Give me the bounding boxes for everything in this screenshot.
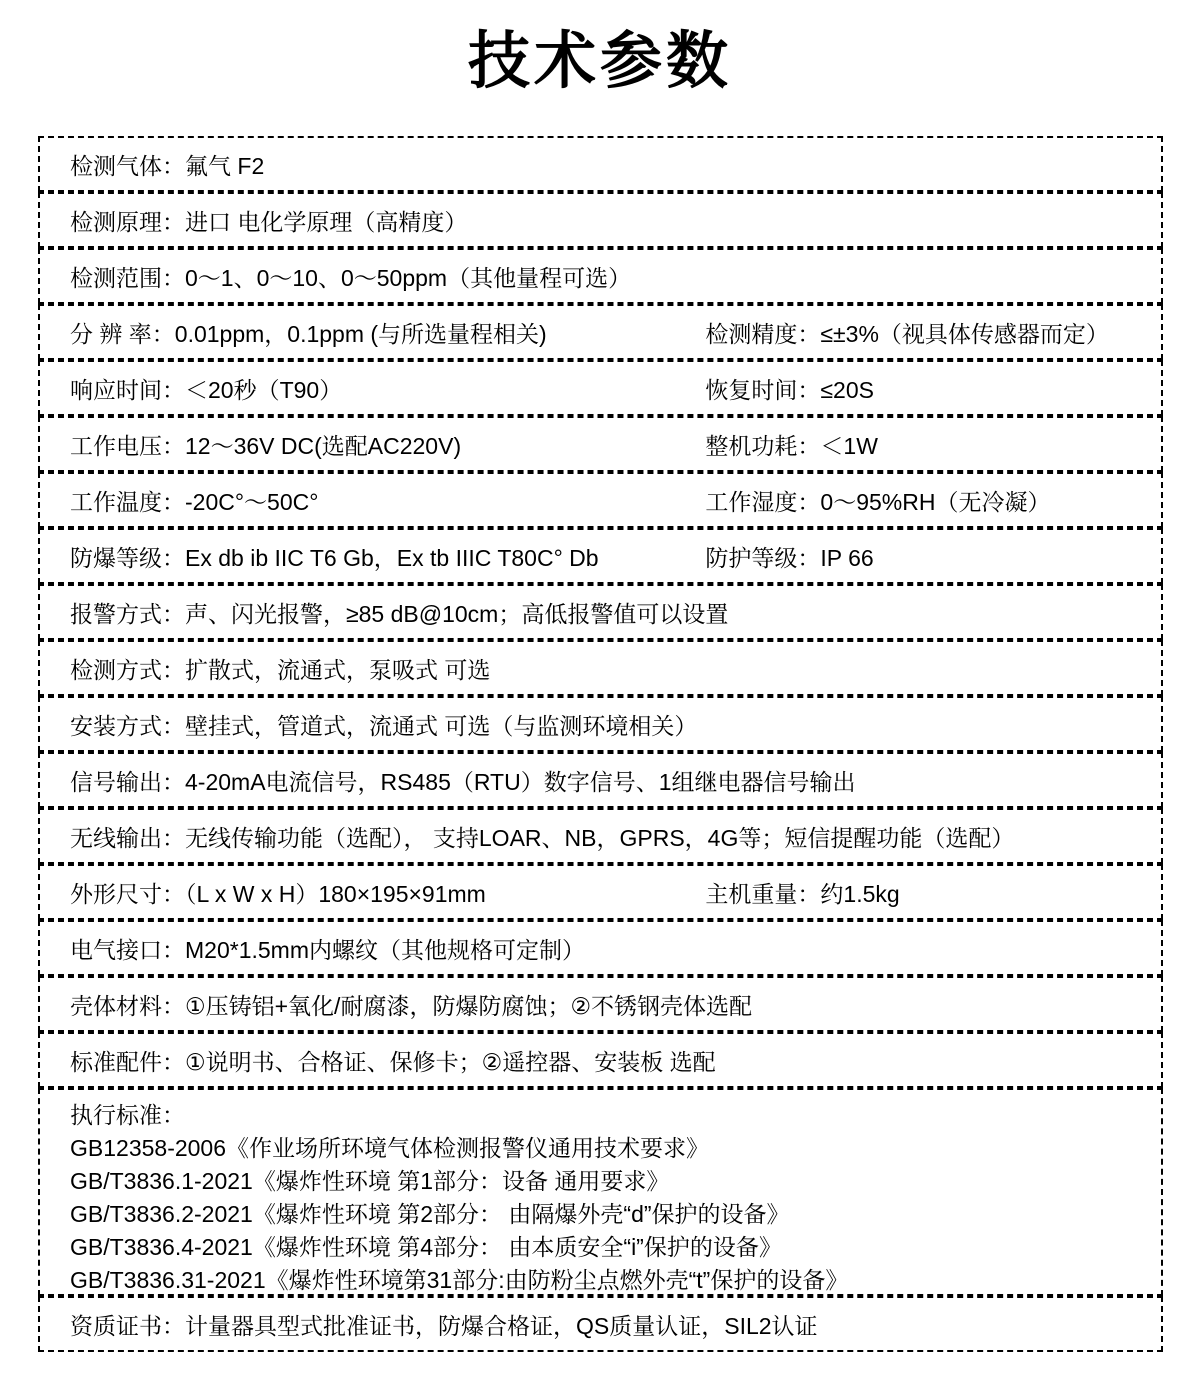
table-row: 外形尺寸：（L x W x H）180×195×91mm主机重量：约1.5kg: [38, 864, 1163, 920]
spec-cell-right: 工作湿度：0～95%RH（无冷凝）: [705, 484, 1147, 517]
spec-cell: 壳体材料：①压铸铝+氧化/耐腐漆，防爆防腐蚀；②不锈钢壳体选配: [70, 988, 1147, 1021]
spec-line: GB/T3836.31-2021《爆炸性环境第31部分:由防粉尘点燃外壳“t”保…: [70, 1264, 1147, 1296]
table-row: 检测范围：0～1、0～10、0～50ppm（其他量程可选）: [38, 248, 1163, 304]
spec-table: 检测气体：氟气 F2检测原理：进口 电化学原理（高精度）检测范围：0～1、0～1…: [38, 136, 1163, 1352]
spec-cell: 报警方式：声、闪光报警，≥85 dB@10cm；高低报警值可以设置: [70, 596, 1147, 629]
table-row: 壳体材料：①压铸铝+氧化/耐腐漆，防爆防腐蚀；②不锈钢壳体选配: [38, 976, 1163, 1032]
table-row: 工作温度：-20C°～50C°工作湿度：0～95%RH（无冷凝）: [38, 472, 1163, 528]
table-row: 标准配件：①说明书、合格证、保修卡；②遥控器、安装板 选配: [38, 1032, 1163, 1088]
table-row: 安装方式：壁挂式，管道式，流通式 可选（与监测环境相关）: [38, 696, 1163, 752]
table-row: 检测原理：进口 电化学原理（高精度）: [38, 192, 1163, 248]
spec-cell: 资质证书：计量器具型式批准证书，防爆合格证，QS质量认证，SIL2认证: [70, 1308, 1147, 1341]
table-row: 分 辨 率：0.01ppm，0.1ppm (与所选量程相关)检测精度：≤±3%（…: [38, 304, 1163, 360]
table-row: 信号输出：4-20mA电流信号，RS485（RTU）数字信号、1组继电器信号输出: [38, 752, 1163, 808]
spec-line: GB/T3836.4-2021《爆炸性环境 第4部分： 由本质安全“i”保护的设…: [70, 1231, 1147, 1264]
spec-cell: 检测方式：扩散式，流通式，泵吸式 可选: [70, 652, 1147, 685]
table-row: 工作电压：12～36V DC(选配AC220V)整机功耗：＜1W: [38, 416, 1163, 472]
spec-cell: 无线输出：无线传输功能（选配）， 支持LOAR、NB，GPRS，4G等；短信提醒…: [70, 820, 1147, 853]
spec-cell: 检测气体：氟气 F2: [70, 148, 1147, 181]
spec-cell-left: 防爆等级：Ex db ib IIC T6 Gb，Ex tb IIIC T80C°…: [70, 540, 705, 573]
spec-cell: 信号输出：4-20mA电流信号，RS485（RTU）数字信号、1组继电器信号输出: [70, 764, 1147, 797]
spec-line: GB/T3836.2-2021《爆炸性环境 第2部分： 由隔爆外壳“d”保护的设…: [70, 1198, 1147, 1231]
table-row: 检测气体：氟气 F2: [38, 136, 1163, 192]
table-row: 执行标准：GB12358-2006《作业场所环境气体检测报警仪通用技术要求》GB…: [38, 1088, 1163, 1296]
spec-cell: 安装方式：壁挂式，管道式，流通式 可选（与监测环境相关）: [70, 708, 1147, 741]
spec-cell-right: 主机重量：约1.5kg: [705, 876, 1147, 909]
spec-cell-right: 防护等级：IP 66: [705, 540, 1147, 573]
spec-cell-right: 检测精度：≤±3%（视具体传感器而定）: [705, 316, 1147, 349]
table-row: 检测方式：扩散式，流通式，泵吸式 可选: [38, 640, 1163, 696]
spec-line: GB12358-2006《作业场所环境气体检测报警仪通用技术要求》: [70, 1132, 1147, 1165]
spec-line: 执行标准：: [70, 1099, 1147, 1132]
table-row: 响应时间：＜20秒（T90）恢复时间：≤20S: [38, 360, 1163, 416]
spec-cell-left: 分 辨 率：0.01ppm，0.1ppm (与所选量程相关): [70, 316, 705, 349]
table-row: 无线输出：无线传输功能（选配）， 支持LOAR、NB，GPRS，4G等；短信提醒…: [38, 808, 1163, 864]
table-row: 报警方式：声、闪光报警，≥85 dB@10cm；高低报警值可以设置: [38, 584, 1163, 640]
spec-cell-left: 外形尺寸：（L x W x H）180×195×91mm: [70, 876, 705, 909]
spec-cell-right: 恢复时间：≤20S: [705, 372, 1147, 405]
table-row: 电气接口：M20*1.5mm内螺纹（其他规格可定制）: [38, 920, 1163, 976]
spec-cell-left: 工作电压：12～36V DC(选配AC220V): [70, 428, 705, 461]
table-row: 资质证书：计量器具型式批准证书，防爆合格证，QS质量认证，SIL2认证: [38, 1296, 1163, 1352]
spec-cell-right: 整机功耗：＜1W: [705, 428, 1147, 461]
spec-sheet-page: 技术参数 检测气体：氟气 F2检测原理：进口 电化学原理（高精度）检测范围：0～…: [0, 0, 1200, 1398]
spec-cell: 电气接口：M20*1.5mm内螺纹（其他规格可定制）: [70, 932, 1147, 965]
spec-cell-left: 工作温度：-20C°～50C°: [70, 484, 705, 517]
spec-cell-left: 响应时间：＜20秒（T90）: [70, 372, 705, 405]
page-title: 技术参数: [0, 0, 1200, 98]
table-row: 防爆等级：Ex db ib IIC T6 Gb，Ex tb IIIC T80C°…: [38, 528, 1163, 584]
spec-cell: 检测范围：0～1、0～10、0～50ppm（其他量程可选）: [70, 260, 1147, 293]
spec-cell: 标准配件：①说明书、合格证、保修卡；②遥控器、安装板 选配: [70, 1044, 1147, 1077]
spec-line: GB/T3836.1-2021《爆炸性环境 第1部分：设备 通用要求》: [70, 1165, 1147, 1198]
spec-cell: 检测原理：进口 电化学原理（高精度）: [70, 204, 1147, 237]
